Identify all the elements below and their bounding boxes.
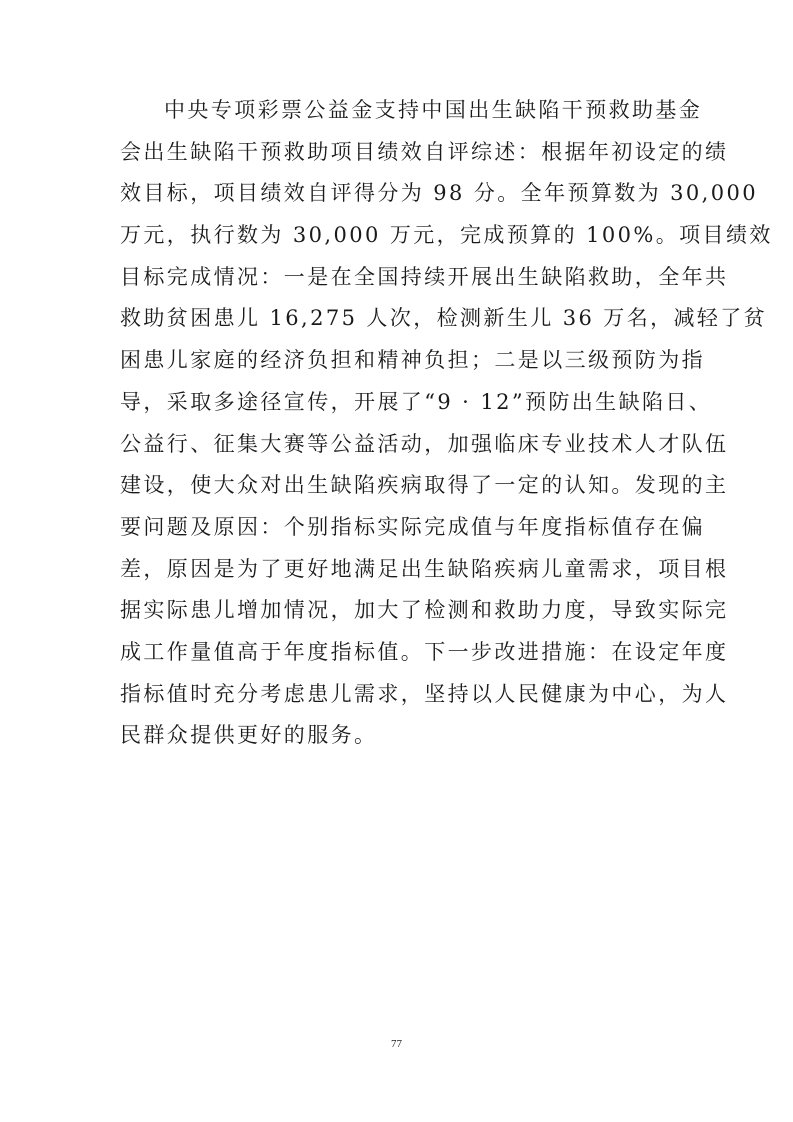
paragraph-line: 目标完成情况：一是在全国持续开展出生缺陷救助，全年共 <box>120 257 673 299</box>
paragraph-line: 差，原因是为了更好地满足出生缺陷疾病儿童需求，项目根 <box>120 549 673 591</box>
paragraph-line: 据实际患儿增加情况，加大了检测和救助力度，导致实际完 <box>120 590 673 632</box>
document-page: 中央专项彩票公益金支持中国出生缺陷干预救助基金 会出生缺陷干预救助项目绩效自评综… <box>0 0 793 1122</box>
paragraph-line: 困患儿家庭的经济负担和精神负担；二是以三级预防为指 <box>120 340 673 382</box>
paragraph-line: 民群众提供更好的服务。 <box>120 715 673 757</box>
page-number: 77 <box>0 1038 793 1050</box>
paragraph-line: 建设，使大众对出生缺陷疾病取得了一定的认知。发现的主 <box>120 465 673 507</box>
paragraph-line: 效目标，项目绩效自评得分为 98 分。全年预算数为 30,000 <box>120 173 673 215</box>
paragraph-line: 指标值时充分考虑患儿需求，坚持以人民健康为中心，为人 <box>120 674 673 716</box>
paragraph-line: 中央专项彩票公益金支持中国出生缺陷干预救助基金 <box>120 90 673 132</box>
paragraph-line: 公益行、征集大赛等公益活动，加强临床专业技术人才队伍 <box>120 424 673 466</box>
paragraph-line: 会出生缺陷干预救助项目绩效自评综述：根据年初设定的绩 <box>120 132 673 174</box>
paragraph-line: 万元，执行数为 30,000 万元，完成预算的 100%。项目绩效 <box>120 215 673 257</box>
summary-paragraph: 中央专项彩票公益金支持中国出生缺陷干预救助基金 会出生缺陷干预救助项目绩效自评综… <box>120 90 673 757</box>
paragraph-line: 导，采取多途径宣传，开展了“9 · 12”预防出生缺陷日、 <box>120 382 673 424</box>
paragraph-line: 要问题及原因：个别指标实际完成值与年度指标值存在偏 <box>120 507 673 549</box>
paragraph-line: 成工作量值高于年度指标值。下一步改进措施：在设定年度 <box>120 632 673 674</box>
paragraph-line: 救助贫困患儿 16,275 人次，检测新生儿 36 万名，减轻了贫 <box>120 298 673 340</box>
